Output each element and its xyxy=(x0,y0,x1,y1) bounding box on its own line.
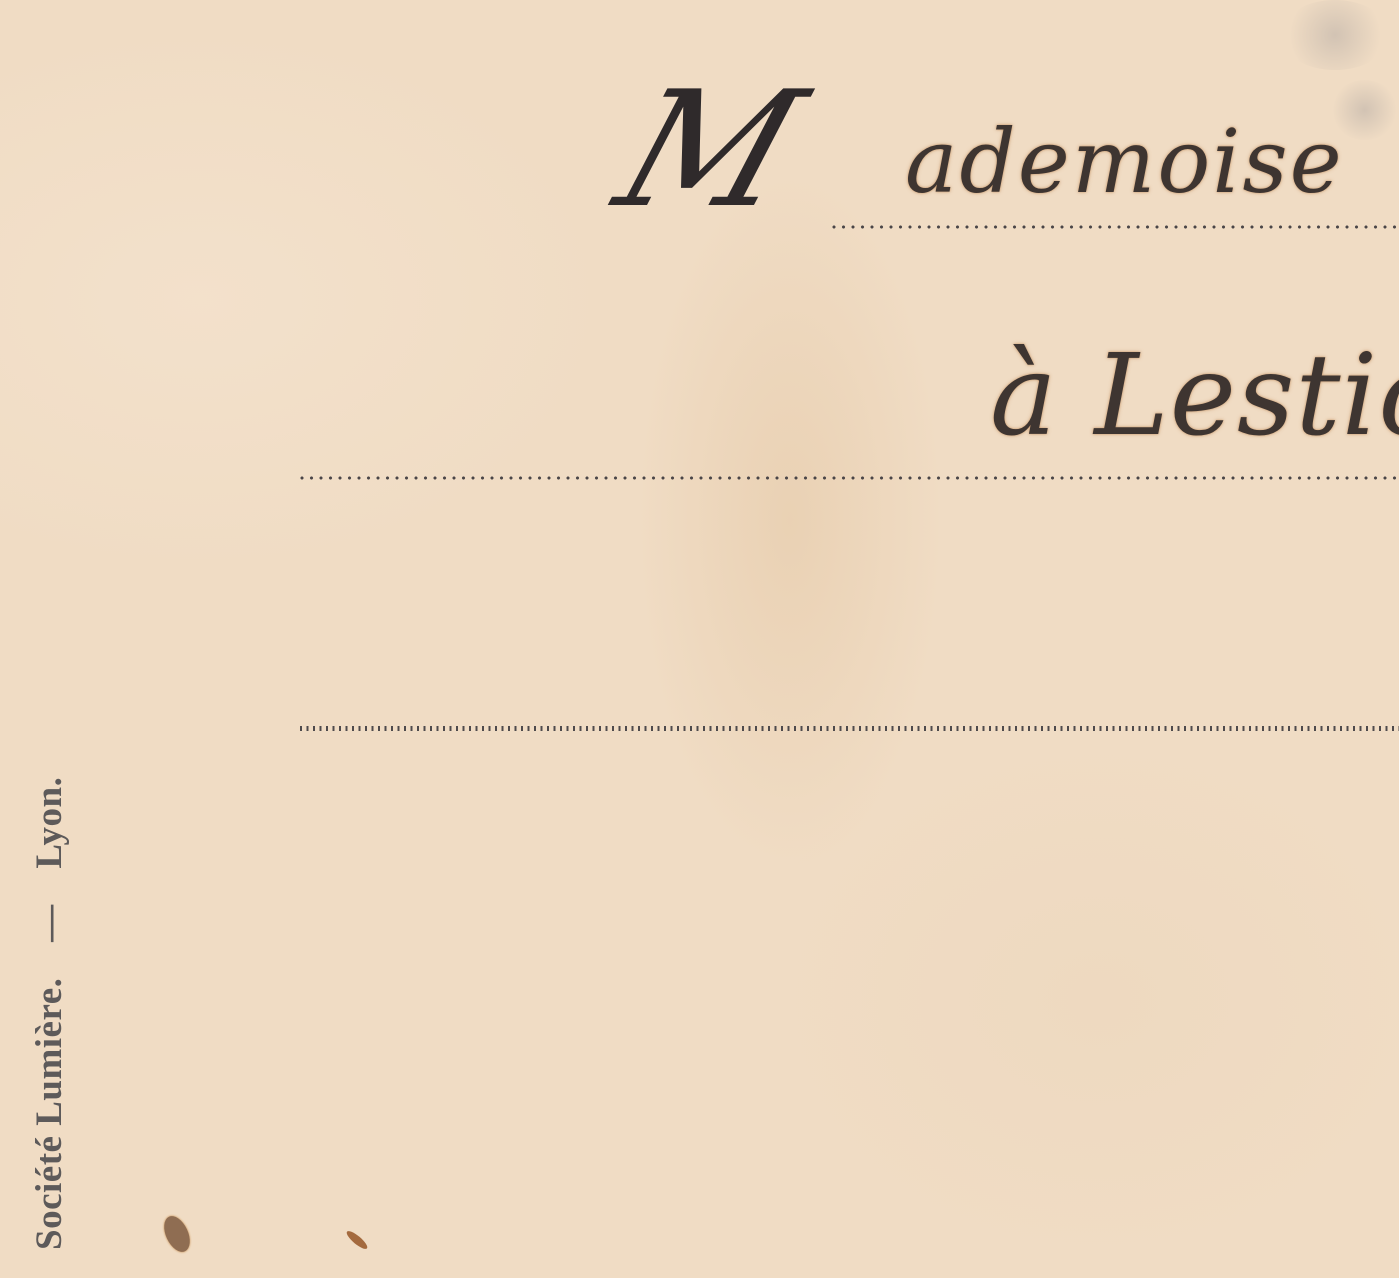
paper-stain xyxy=(344,1229,369,1252)
imprint-separator: — xyxy=(28,904,71,942)
publisher-company: Société Lumière. xyxy=(29,978,70,1250)
publisher-city: Lyon. xyxy=(29,777,70,869)
address-dotted-line-1 xyxy=(832,225,1399,229)
publisher-imprint: Société Lumière. — Lyon. xyxy=(28,777,71,1250)
address-dotted-line-2 xyxy=(300,476,1399,480)
salutation-initial: M xyxy=(602,70,818,230)
address-dotted-line-3 xyxy=(300,726,1399,731)
address-line-handwritten: à Lestion xyxy=(990,340,1399,452)
paper-stain xyxy=(159,1212,195,1256)
salutation-handwritten: ademoise xyxy=(905,118,1344,206)
ink-smudge xyxy=(1280,0,1390,70)
postcard-back: Société Lumière. — Lyon. M ademoise à Le… xyxy=(0,0,1399,1278)
